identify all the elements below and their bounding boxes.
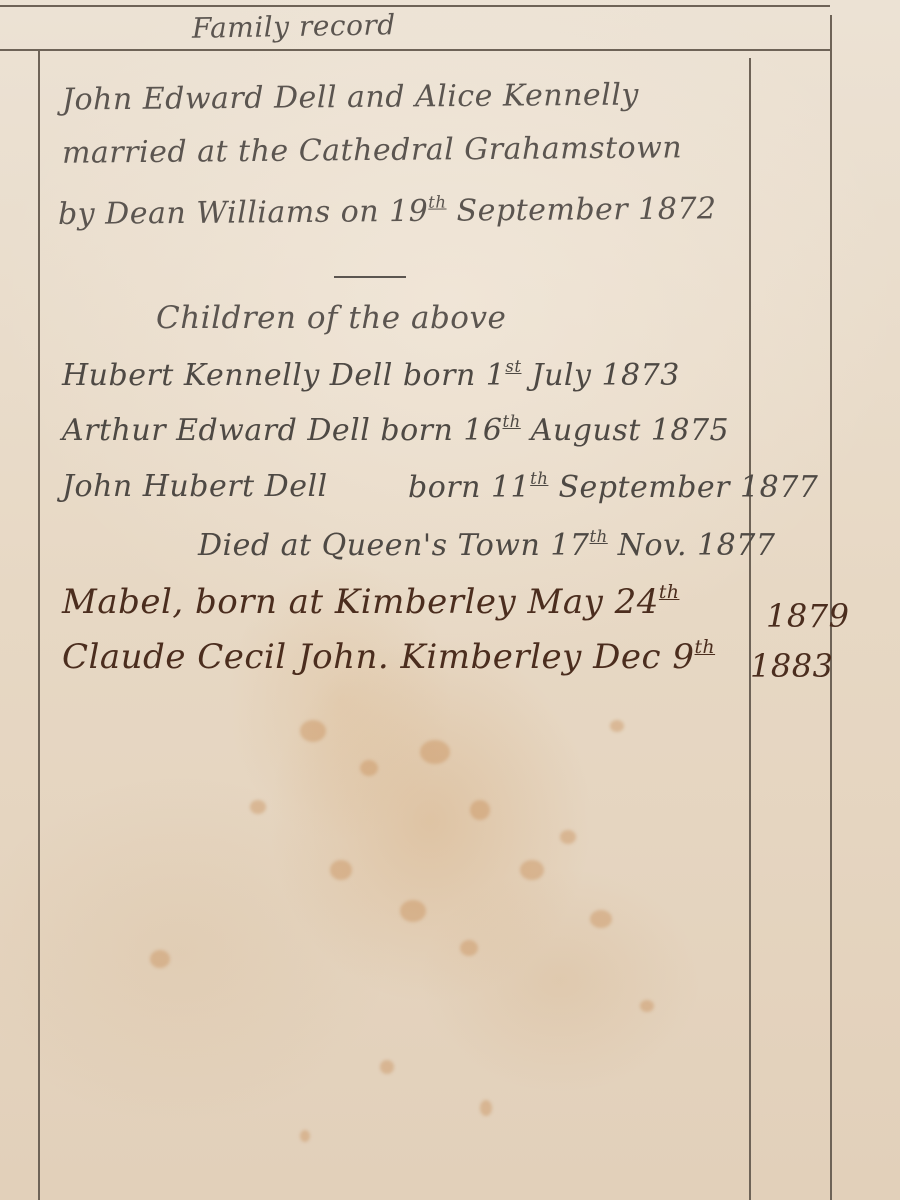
child-entry-hubert: Hubert Kennelly Dell born 1st July 1873 — [62, 357, 680, 393]
ordinal-suffix: th — [530, 469, 548, 488]
child-entry-text: born 11 — [408, 470, 530, 505]
child-entry-john-name: John Hubert Dell — [62, 469, 328, 504]
inner-column-rule — [749, 58, 751, 1200]
child-entry-mabel-year: 1879 — [766, 597, 849, 635]
child-entry-claude: Claude Cecil John. Kimberley Dec 9th — [62, 637, 715, 677]
death-date: Nov. 1877 — [608, 528, 776, 563]
child-entry-text: Mabel, born at Kimberley May 24 — [62, 582, 659, 622]
marriage-date-prefix: by Dean Williams on 19 — [58, 194, 429, 232]
child-entry-mabel: Mabel, born at Kimberley May 24th — [62, 582, 679, 622]
children-heading: Children of the above — [156, 300, 506, 336]
child-entry-john-born: born 11th September 1877 — [408, 469, 818, 505]
child-entry-text: Arthur Edward Dell born 16 — [62, 413, 503, 448]
child-entry-john-death: Died at Queen's Town 17th Nov. 1877 — [198, 527, 775, 563]
left-margin-rule — [38, 49, 40, 1200]
death-text: Died at Queen's Town 17 — [198, 528, 590, 563]
ordinal-suffix: th — [695, 637, 716, 658]
page-title: Family record — [192, 8, 396, 45]
child-entry-text: Claude Cecil John. Kimberley Dec 9 — [62, 637, 695, 677]
header-rule — [0, 49, 830, 51]
ordinal-suffix: th — [659, 582, 680, 603]
ledger-page: Family record John Edward Dell and Alice… — [0, 0, 900, 1200]
child-entry-date: September 1877 — [548, 470, 818, 505]
child-entry-claude-year: 1883 — [750, 647, 833, 685]
marriage-line-2: married at the Cathedral Grahamstown — [62, 130, 682, 170]
ordinal-suffix: st — [505, 357, 521, 376]
ordinal-suffix: th — [503, 412, 521, 431]
child-entry-arthur: Arthur Edward Dell born 16th August 1875 — [62, 412, 729, 448]
child-entry-date: July 1873 — [522, 358, 680, 393]
marriage-date-suffix: September 1872 — [446, 191, 716, 228]
child-entry-date: August 1875 — [521, 413, 729, 448]
marriage-date-ordinal: th — [428, 192, 446, 211]
ordinal-suffix: th — [590, 527, 608, 546]
marriage-line-3: by Dean Williams on 19th September 1872 — [58, 190, 717, 232]
top-rule — [0, 5, 830, 7]
child-entry-text: Hubert Kennelly Dell born 1 — [62, 358, 505, 393]
section-divider — [334, 276, 406, 278]
marriage-line-1: John Edward Dell and Alice Kennelly — [62, 77, 639, 117]
